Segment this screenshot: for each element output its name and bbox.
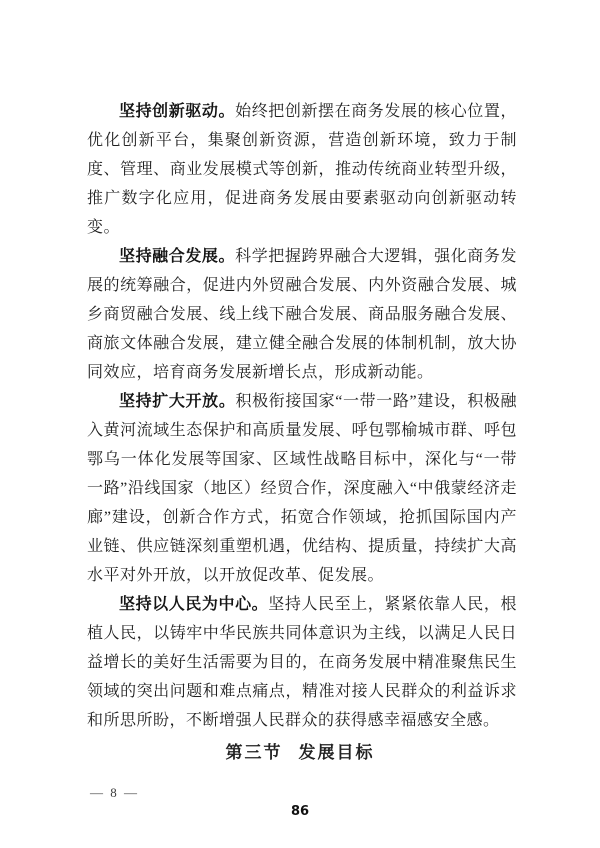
paragraph-expanding-opening: 坚持扩大开放。积极衔接国家“一带一路”建设，积极融入黄河流域生态保护和高质量发展… xyxy=(87,387,517,590)
paragraph-lead: 坚持扩大开放。 xyxy=(119,393,235,410)
paragraph-people-centered: 坚持以人民为中心。坚持人民至上，紧紧依靠人民，根植人民，以铸牢中华民族共同体意识… xyxy=(87,590,517,735)
document-page: 坚持创新驱动。始终把创新摆在商务发展的核心位置，优化创新平台，集聚创新资源，营造… xyxy=(0,0,600,848)
page-number: 86 xyxy=(0,805,600,819)
section-number: 第三节 xyxy=(226,743,283,762)
paragraph-text: 始终把创新摆在商务发展的核心位置，优化创新平台，集聚创新资源，营造创新环境，致力… xyxy=(87,103,517,236)
paragraph-lead: 坚持创新驱动。 xyxy=(119,103,235,120)
paragraph-text: 科学把握跨界融合大逻辑，强化商务发展的统筹融合，促进内外贸融合发展、内外资融合发… xyxy=(87,248,517,381)
paragraph-innovation-driven: 坚持创新驱动。始终把创新摆在商务发展的核心位置，优化创新平台，集聚创新资源，营造… xyxy=(87,97,517,242)
paragraph-integrated-development: 坚持融合发展。科学把握跨界融合大逻辑，强化商务发展的统筹融合，促进内外贸融合发展… xyxy=(87,242,517,387)
section-title: 发展目标 xyxy=(299,743,375,762)
document-body: 坚持创新驱动。始终把创新摆在商务发展的核心位置，优化创新平台，集聚创新资源，营造… xyxy=(87,97,517,735)
paragraph-text: 积极衔接国家“一带一路”建设，积极融入黄河流域生态保护和高质量发展、呼包鄂榆城市… xyxy=(87,393,517,584)
page-label: — 8 — xyxy=(90,786,139,800)
paragraph-lead: 坚持融合发展。 xyxy=(119,248,235,265)
section-heading: 第三节发展目标 xyxy=(0,738,600,763)
paragraph-lead: 坚持以人民为中心。 xyxy=(119,596,268,613)
paragraph-text: 坚持人民至上，紧紧依靠人民，根植人民，以铸牢中华民族共同体意识为主线，以满足人民… xyxy=(87,596,517,729)
